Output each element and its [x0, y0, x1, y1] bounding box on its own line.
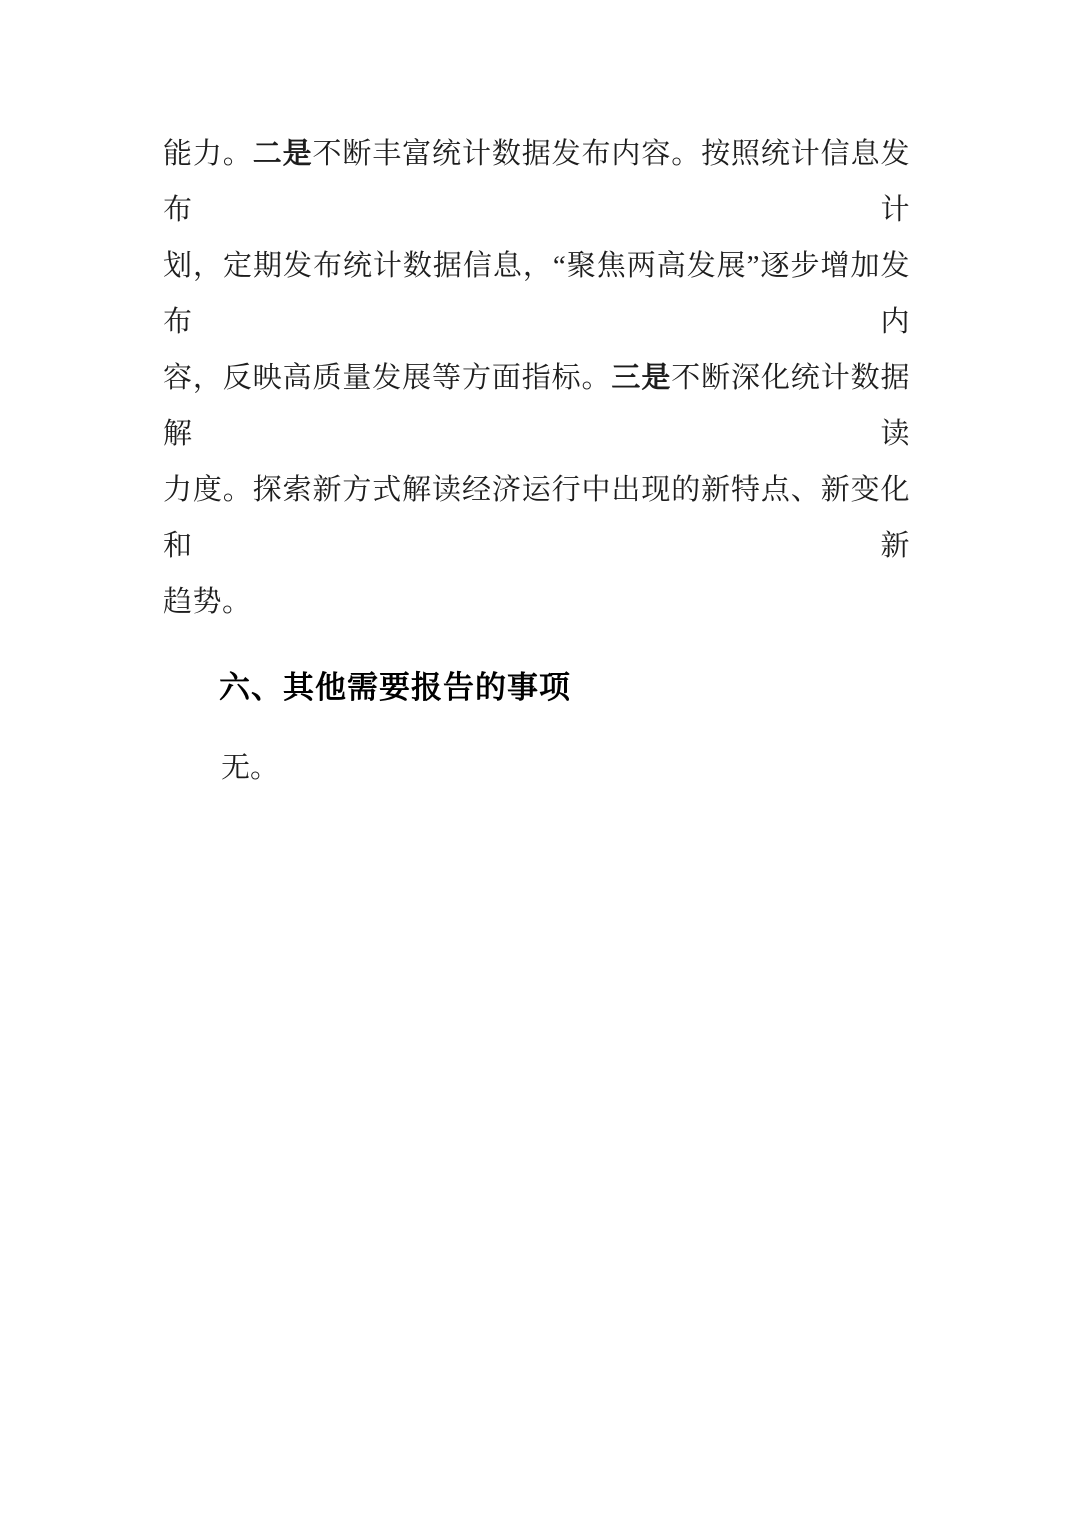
continued-paragraph: 能力。二是不断丰富统计数据发布内容。按照统计信息发布计 划，定期发布统计数据信息…: [163, 126, 910, 630]
text-line: 趋势。: [163, 574, 910, 630]
bold-emphasis: 三是: [611, 362, 671, 394]
text-block: 能力。二是不断丰富统计数据发布内容。按照统计信息发布计 划，定期发布统计数据信息…: [163, 126, 910, 796]
none-paragraph: 无。: [163, 740, 910, 796]
text-line: 容，反映高质量发展等方面指标。三是不断深化统计数据解读: [163, 350, 910, 462]
text-line: 力度。探索新方式解读经济运行中出现的新特点、新变化和新: [163, 462, 910, 574]
body-text: 划，定期发布统计数据信息，“聚焦两高发展”逐步增加发布内: [163, 250, 910, 338]
body-text: 能力。: [163, 138, 253, 170]
document-page: 能力。二是不断丰富统计数据发布内容。按照统计信息发布计 划，定期发布统计数据信息…: [0, 0, 1074, 1520]
text-line: 能力。二是不断丰富统计数据发布内容。按照统计信息发布计: [163, 126, 910, 238]
body-text: 趋势。: [163, 586, 252, 618]
body-text: 力度。探索新方式解读经济运行中出现的新特点、新变化和新: [163, 474, 910, 562]
text-line: 划，定期发布统计数据信息，“聚焦两高发展”逐步增加发布内: [163, 238, 910, 350]
section-heading: 六、其他需要报告的事项: [163, 668, 910, 708]
body-text: 容，反映高质量发展等方面指标。: [163, 362, 611, 394]
bold-emphasis: 二是: [253, 138, 313, 170]
